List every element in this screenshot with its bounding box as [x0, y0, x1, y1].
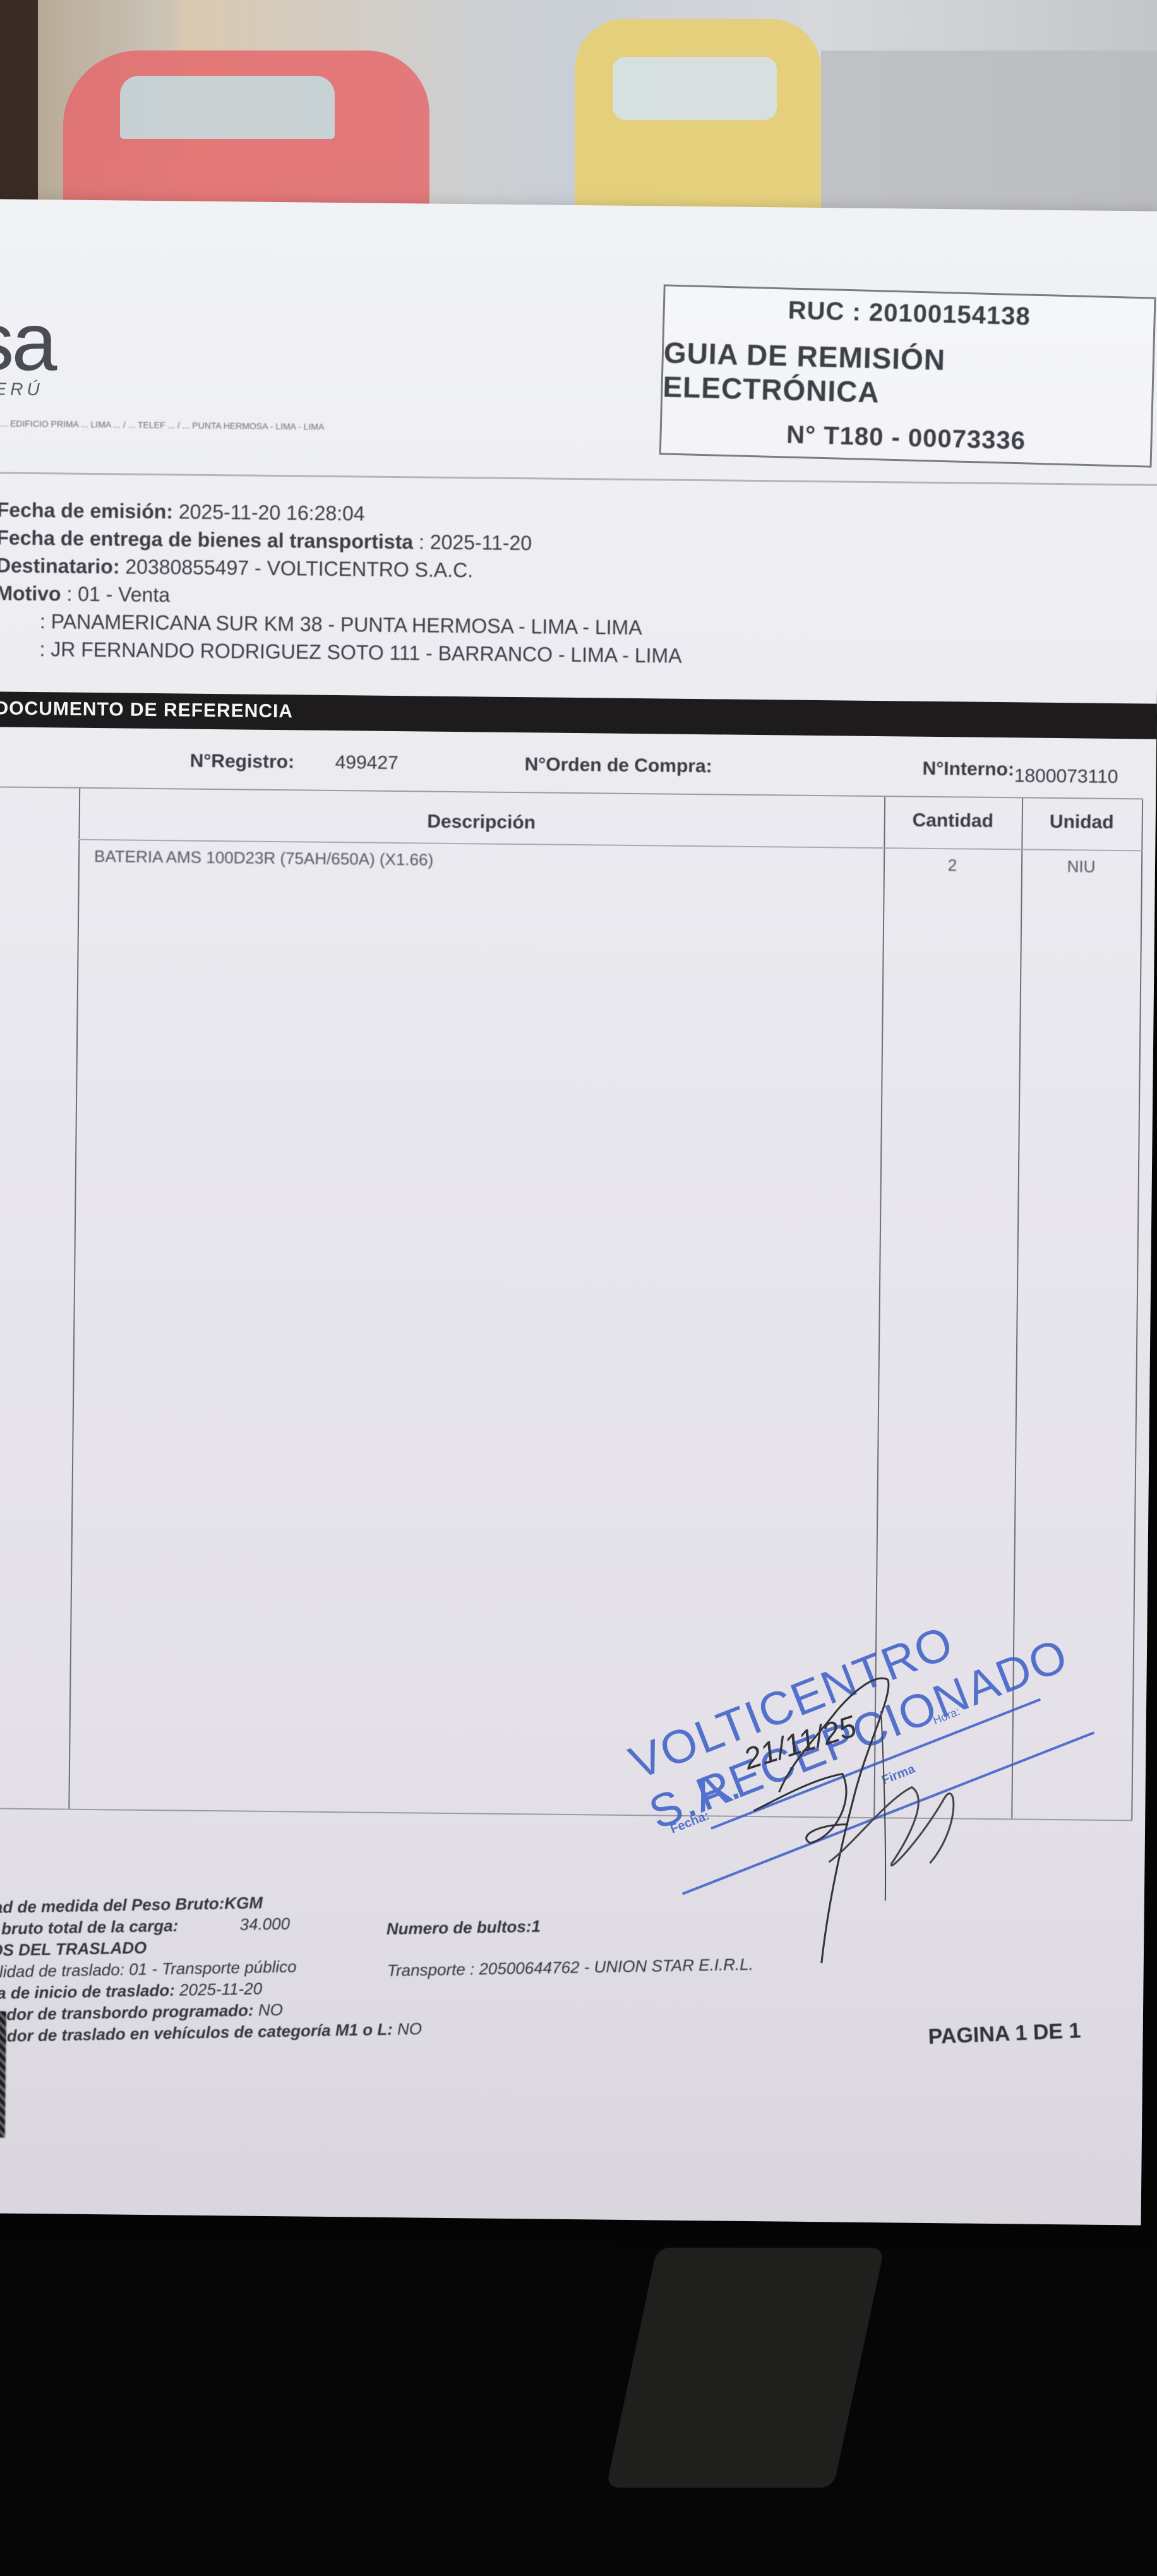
ruc-box: RUC : 20100154138 GUIA DE REMISIÓN ELECT… [659, 284, 1156, 467]
svg-text:21/11/25: 21/11/25 [740, 1710, 861, 1777]
background-pole [0, 0, 38, 208]
table-divider [68, 789, 80, 1809]
qr-code [0, 2011, 6, 2138]
internal-number: N°Interno: 1800073110 [922, 758, 1014, 781]
item-description: BATERIA AMS 100D23R (75AH/650A) (X1.66) [94, 847, 433, 870]
background-object [606, 2248, 885, 2488]
registro-label: N°Registro: [190, 751, 295, 773]
column-header-description: Descripción [79, 808, 884, 837]
ruc-number: RUC : 20100154138 [788, 297, 1031, 331]
column-header-unit: Unidad [1022, 811, 1142, 833]
header-divider [0, 472, 1157, 486]
column-header-quantity: Cantidad [884, 809, 1022, 832]
remission-guide-document: sa PERÚ AV. ... EDIFICIO PRIMA ... LIMA … [0, 199, 1157, 2226]
item-unit: NIU [1021, 856, 1141, 877]
reference-row: N°Registro: 499427 N°Orden de Compra: N°… [0, 742, 1156, 792]
background-yellow-taxi [575, 19, 821, 227]
registro-value: 499427 [335, 752, 399, 774]
carrier: Transporte : 20500644762 - UNION STAR E.… [387, 1951, 868, 1982]
company-logo-subtitle: PERÚ [0, 379, 44, 400]
item-quantity: 2 [884, 855, 1021, 876]
reference-section-bar: DOCUMENTO DE REFERENCIA [0, 691, 1157, 739]
header-info: Fecha de emisión: 2025-11-20 16:28:04 Fe… [0, 496, 881, 672]
document-title: GUIA DE REMISIÓN ELECTRÓNICA [662, 335, 1153, 416]
company-logo: sa [0, 294, 56, 389]
table-divider [1131, 799, 1143, 1820]
document-number: N° T180 - 00073336 [786, 421, 1026, 456]
purchase-order-label: N°Orden de Compra: [524, 754, 712, 777]
company-address: AV. ... EDIFICIO PRIMA ... LIMA ... / ..… [0, 417, 528, 435]
background-red-car [63, 51, 429, 215]
package-transport-info: Numero de bultos:1 Transporte : 20500644… [387, 1909, 868, 1982]
page-number: PAGINA 1 DE 1 [928, 2018, 1081, 2049]
